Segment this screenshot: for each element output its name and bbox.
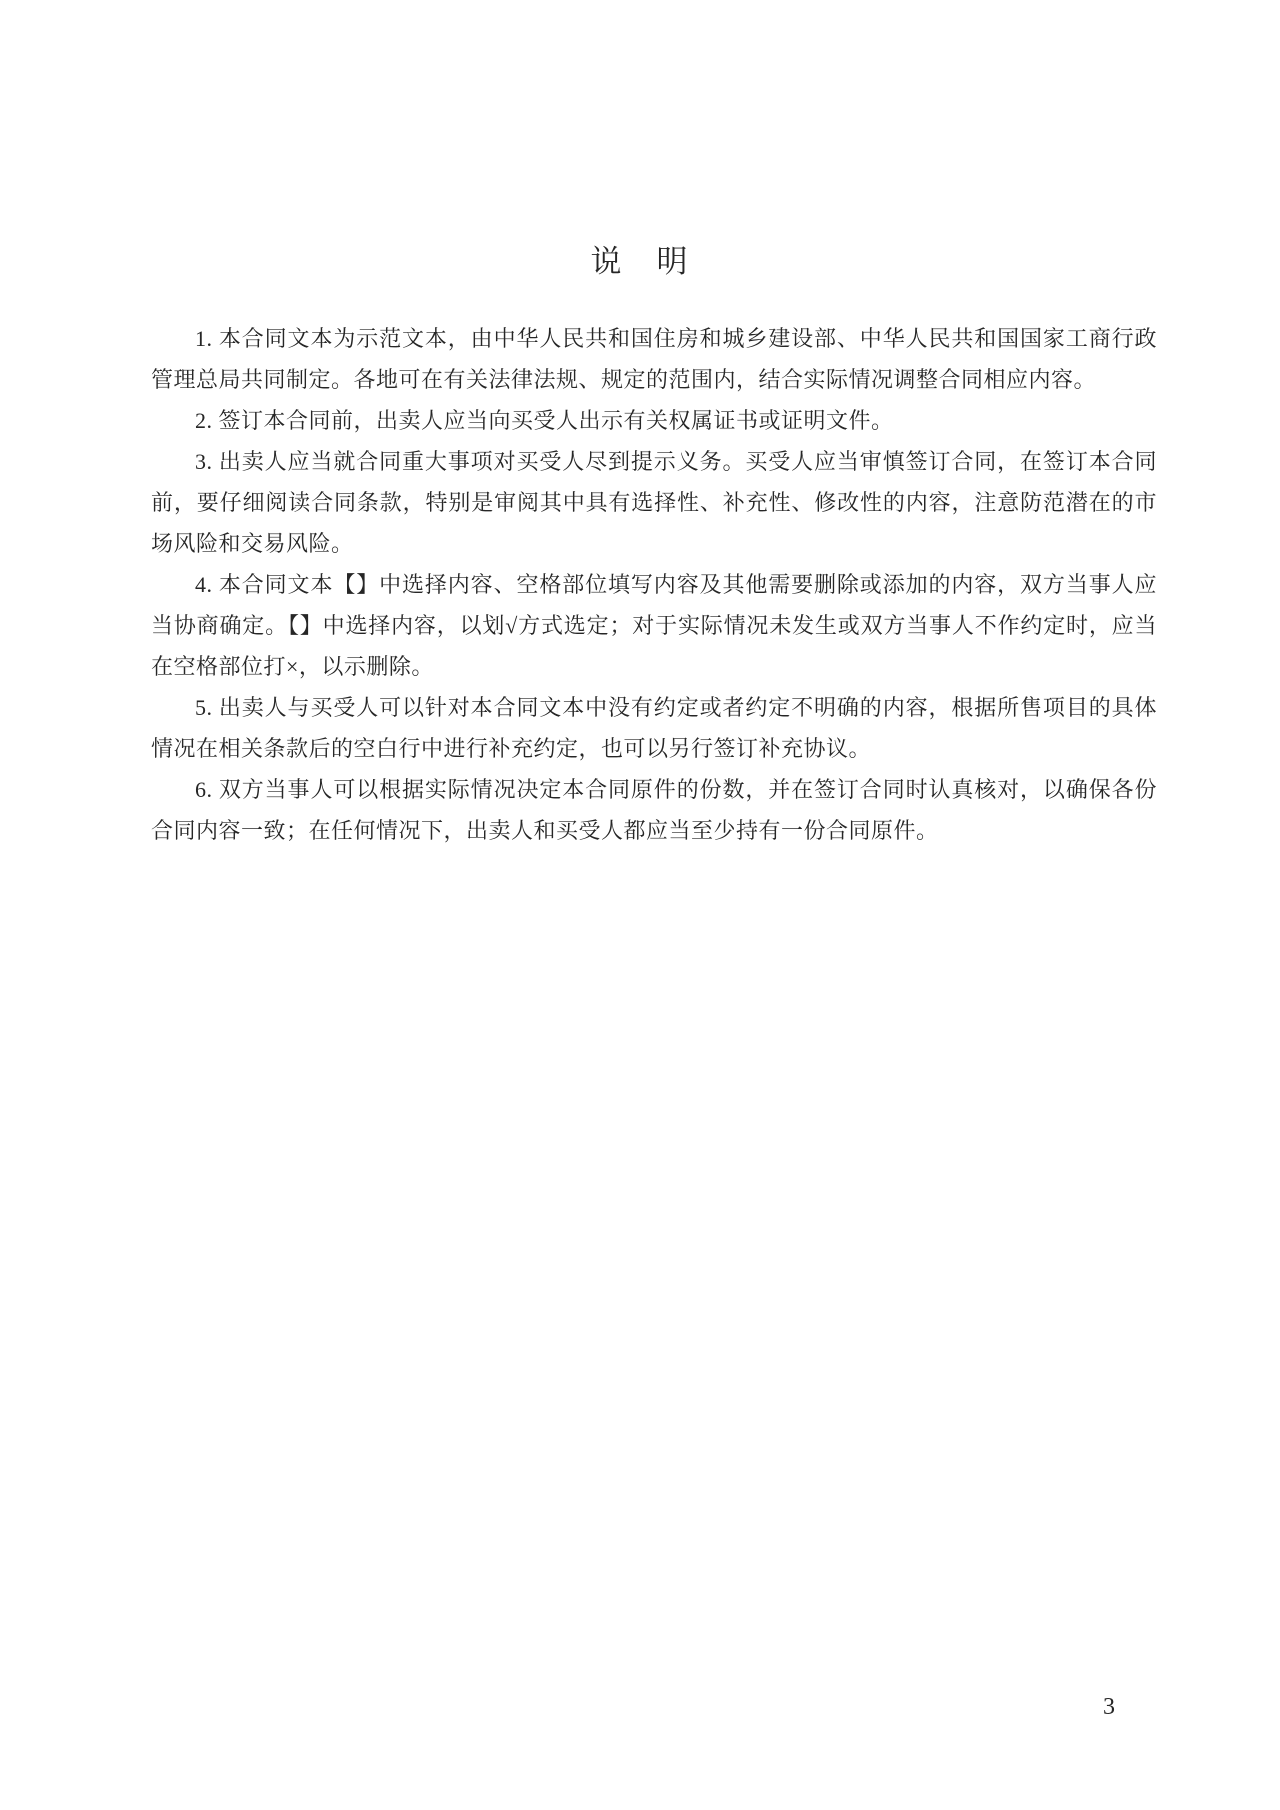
instruction-paragraph-1: 1. 本合同文本为示范文本，由中华人民共和国住房和城乡建设部、中华人民共和国国家…: [151, 318, 1157, 400]
instructions-body: 1. 本合同文本为示范文本，由中华人民共和国住房和城乡建设部、中华人民共和国国家…: [151, 318, 1157, 851]
instruction-paragraph-4: 4. 本合同文本【】中选择内容、空格部位填写内容及其他需要删除或添加的内容，双方…: [151, 564, 1157, 687]
page-number: 3: [1103, 1694, 1115, 1721]
contract-instructions-page: 说 明 1. 本合同文本为示范文本，由中华人民共和国住房和城乡建设部、中华人民共…: [0, 0, 1280, 1810]
instruction-paragraph-5: 5. 出卖人与买受人可以针对本合同文本中没有约定或者约定不明确的内容，根据所售项…: [151, 687, 1157, 769]
instruction-paragraph-3: 3. 出卖人应当就合同重大事项对买受人尽到提示义务。买受人应当审慎签订合同，在签…: [151, 441, 1157, 564]
instruction-paragraph-6: 6. 双方当事人可以根据实际情况决定本合同原件的份数，并在签订合同时认真核对，以…: [151, 769, 1157, 851]
instruction-paragraph-2: 2. 签订本合同前，出卖人应当向买受人出示有关权属证书或证明文件。: [151, 400, 1157, 441]
page-title: 说 明: [0, 236, 1280, 281]
